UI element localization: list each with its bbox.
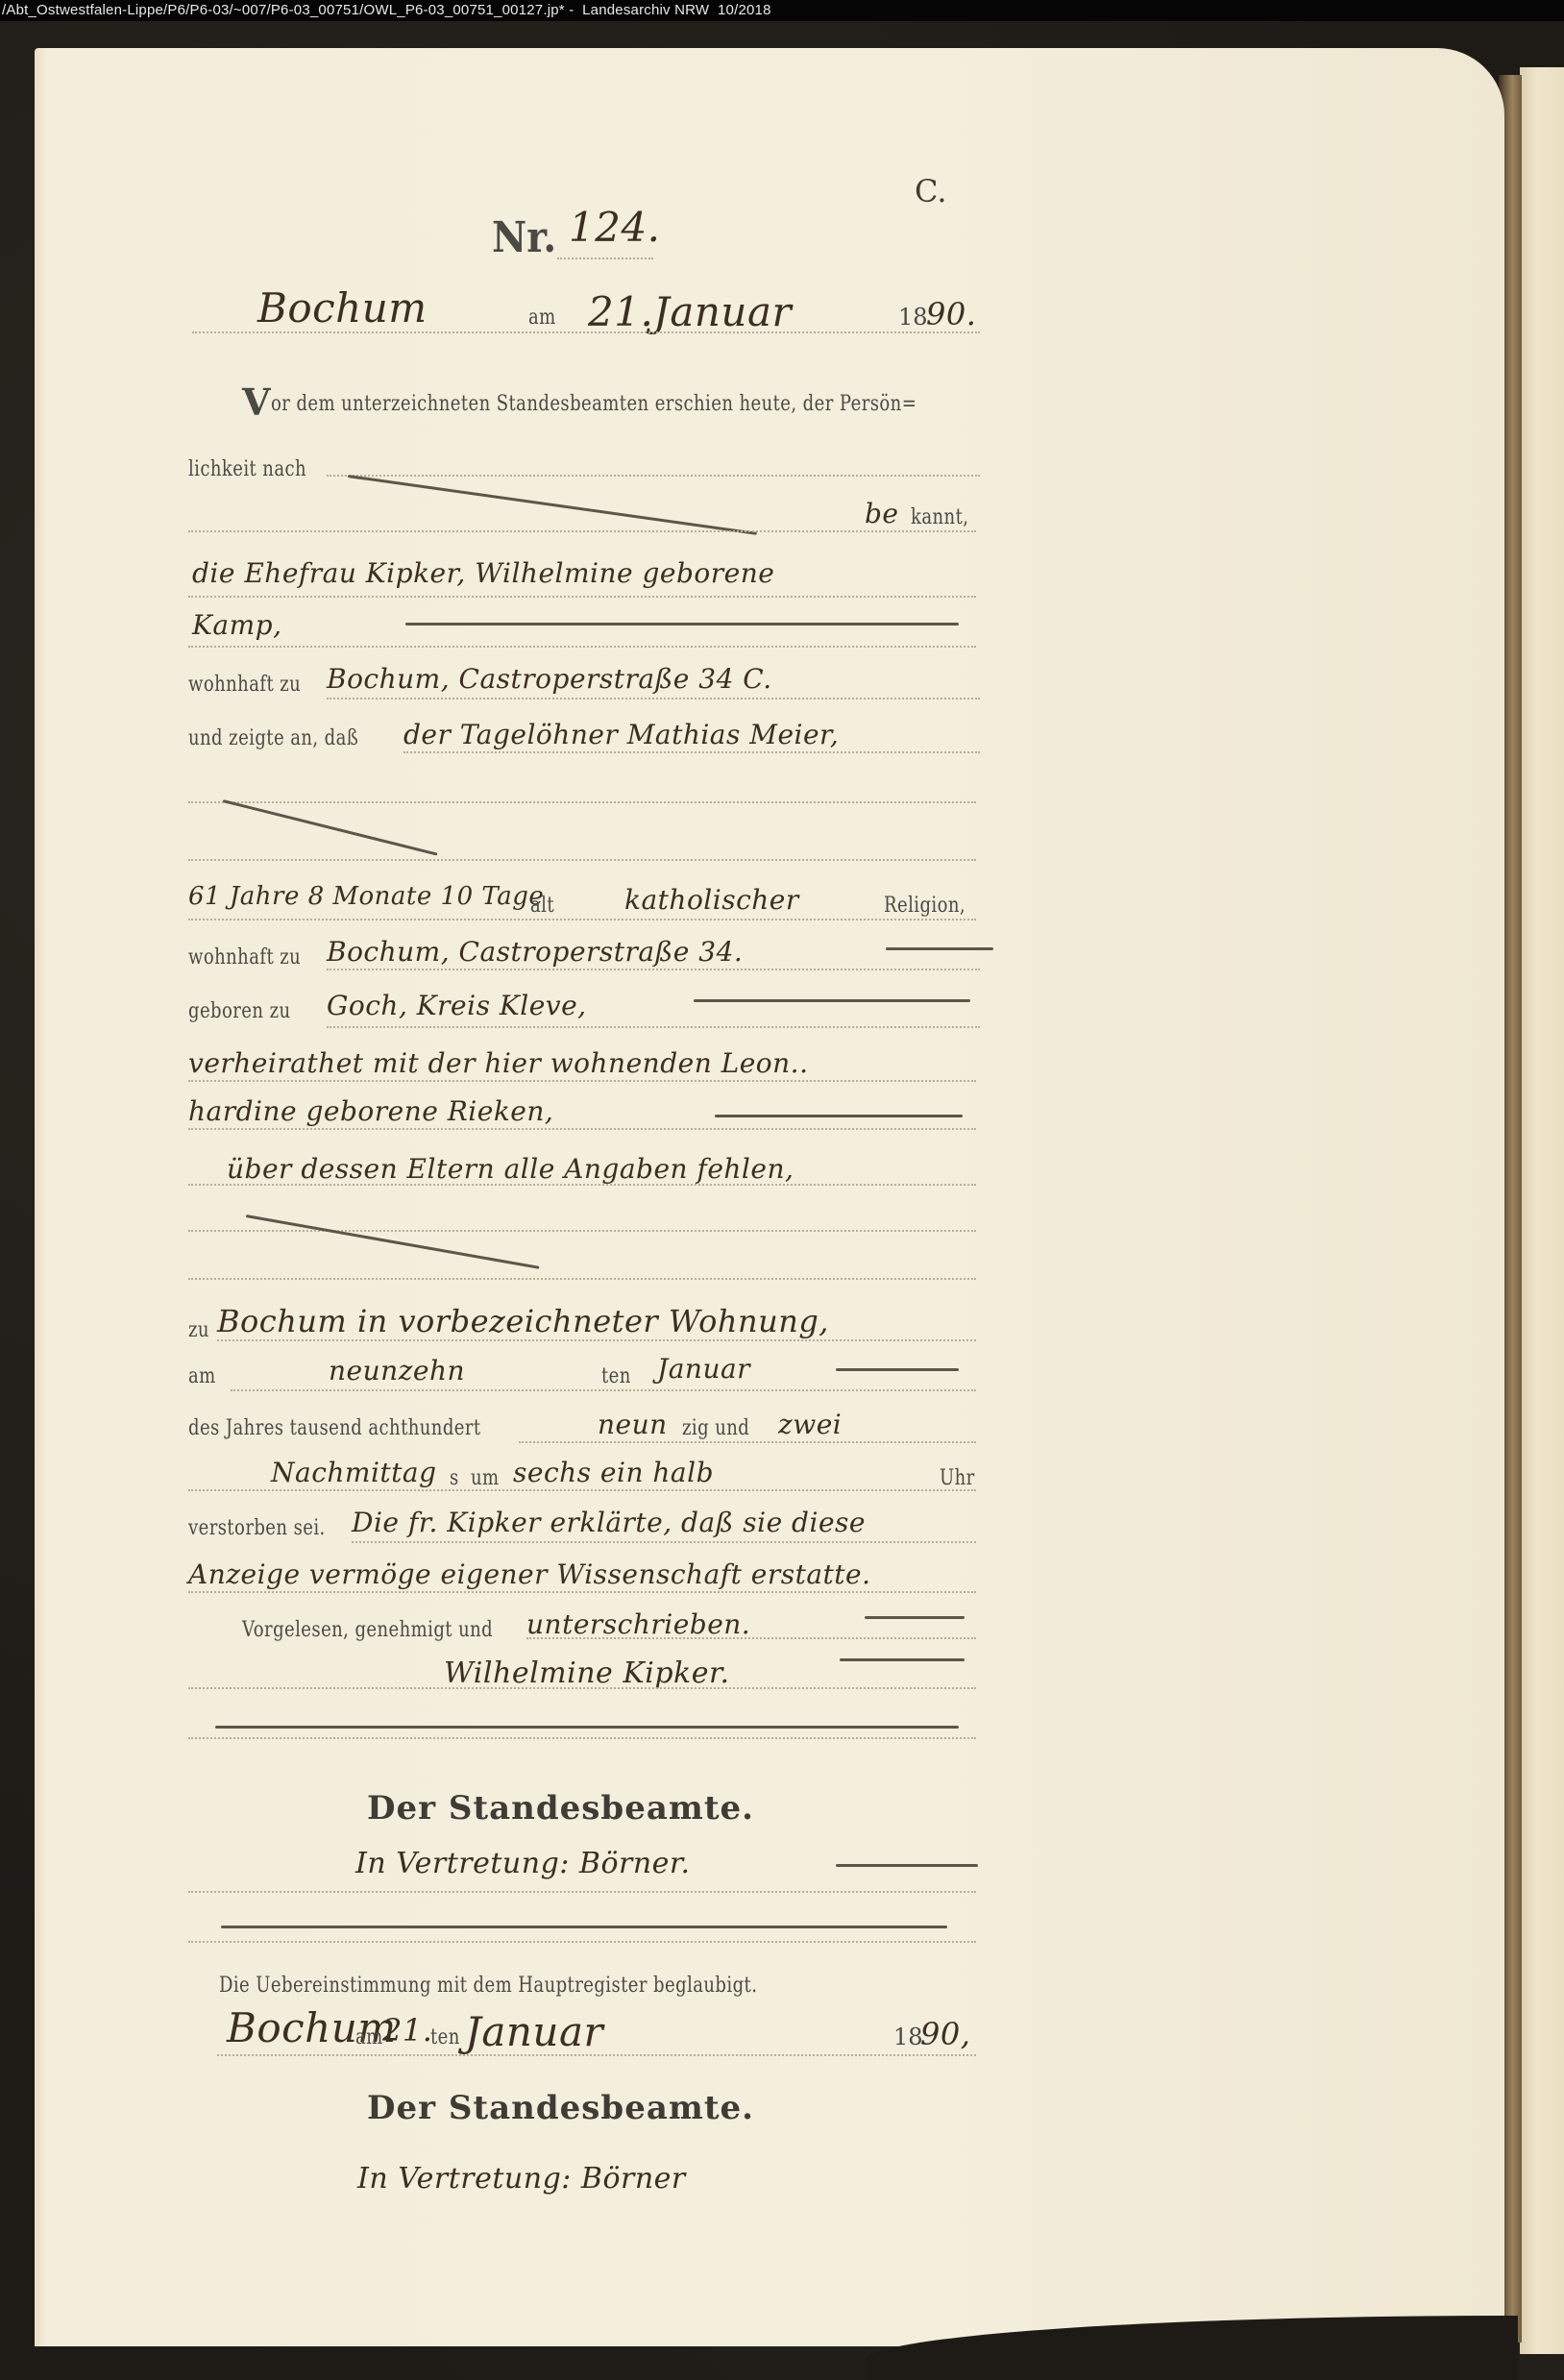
intro-line2-label: lichkeit nach xyxy=(188,457,306,481)
dotted-line xyxy=(519,1441,976,1443)
informant-line2: Kamp, xyxy=(192,609,282,641)
certification-text: Die Uebereinstimmung mit dem Hauptregist… xyxy=(219,1974,757,1998)
age-label: alt xyxy=(530,894,554,918)
deceased-religion: katholischer xyxy=(624,884,799,916)
intro-initial: V xyxy=(242,380,270,424)
fill-line xyxy=(836,1368,959,1371)
certification-ten: ten xyxy=(430,2025,460,2049)
dotted-line xyxy=(231,1389,976,1391)
strike-line xyxy=(246,1215,540,1269)
death-month: Januar xyxy=(657,1353,750,1385)
dotted-line xyxy=(352,1541,976,1543)
certification-year-suffix: 90, xyxy=(920,2016,970,2052)
death-year-label: des Jahres tausend achthundert xyxy=(188,1416,481,1440)
certification-year-prefix: 18 xyxy=(893,2024,923,2050)
deceased-name: der Tagelöhner Mathias Meier, xyxy=(403,719,839,750)
number-value: 124. xyxy=(569,204,661,251)
dotted-line xyxy=(188,1737,976,1739)
certification-am: am xyxy=(355,2025,383,2049)
certification-month: Januar xyxy=(465,2008,603,2055)
deceased-age: 61 Jahre 8 Monate 10 Tage xyxy=(188,882,544,911)
strike-line xyxy=(223,799,438,856)
dotted-line xyxy=(188,859,976,861)
fill-line xyxy=(715,1115,963,1117)
number-label: Nr. xyxy=(492,213,556,262)
verstorben-label: verstorben sei. xyxy=(188,1516,326,1540)
strike-line xyxy=(348,475,757,535)
informant-signature: Wilhelmine Kipker. xyxy=(444,1656,730,1690)
dotted-line xyxy=(188,1230,976,1232)
dotted-line xyxy=(327,969,980,970)
death-year-hw2: zwei xyxy=(778,1409,842,1440)
dotted-line xyxy=(188,801,976,803)
deceased-residence-label: wohnhaft zu xyxy=(188,945,301,969)
approval-value: unterschrieben. xyxy=(526,1608,750,1640)
fill-line xyxy=(840,1658,965,1661)
ten-label: ten xyxy=(601,1364,631,1388)
registration-day: 21. xyxy=(588,288,653,335)
informant-residence-label: wohnhaft zu xyxy=(188,673,301,697)
declaration-line2: Anzeige vermöge eigener Wissenschaft ers… xyxy=(188,1558,871,1590)
religion-label: Religion, xyxy=(884,894,965,918)
year-prefix: 18 xyxy=(898,304,928,331)
registrar-signature-2: In Vertretung: Börner xyxy=(357,2162,686,2196)
death-time-s: s xyxy=(450,1466,459,1490)
declaration-line1: Die fr. Kipker erklärte, daß sie diese xyxy=(352,1507,866,1538)
birth-label: geboren zu xyxy=(188,999,291,1023)
deceased-birthplace: Goch, Kreis Kleve, xyxy=(327,990,587,1021)
death-place-label: zu xyxy=(188,1318,209,1342)
dotted-line xyxy=(188,1891,976,1893)
announcement-label: und zeigte an, daß xyxy=(188,726,358,750)
death-register-form: C. Nr. 124. Bochum am 21. Januar 18 90. … xyxy=(0,0,1564,2380)
fill-line xyxy=(405,623,959,626)
dotted-line xyxy=(526,1637,976,1639)
approval-label: Vorgelesen, genehmigt und xyxy=(242,1618,493,1642)
dotted-line xyxy=(188,1941,976,1943)
death-time-um: um xyxy=(471,1466,500,1490)
dotted-line xyxy=(188,1687,976,1689)
registrar-signature: In Vertretung: Börner. xyxy=(355,1847,691,1880)
dotted-line xyxy=(188,1489,976,1491)
dotted-line xyxy=(188,1278,976,1280)
year-suffix: 90. xyxy=(926,296,976,332)
death-place: Bochum in vorbezeichneter Wohnung, xyxy=(217,1303,829,1339)
registrar-heading: Der Standesbeamte. xyxy=(367,1789,754,1828)
informant-residence: Bochum, Castroperstraße 34 C. xyxy=(327,663,772,695)
dotted-line xyxy=(188,919,976,920)
uhr-label: Uhr xyxy=(940,1466,975,1490)
death-day-label: am xyxy=(188,1364,216,1388)
dotted-line xyxy=(188,596,976,598)
closing-line xyxy=(221,1926,947,1928)
death-day: neunzehn xyxy=(329,1355,465,1386)
dotted-line xyxy=(188,1080,976,1082)
dotted-line xyxy=(188,646,976,648)
fill-line xyxy=(886,947,993,950)
closing-line xyxy=(215,1726,959,1729)
form-letter: C. xyxy=(915,173,947,209)
intro-kannt: kannt, xyxy=(911,505,968,529)
registration-month: Januar xyxy=(653,288,792,335)
dotted-line xyxy=(217,2054,976,2056)
death-year-zig: zig und xyxy=(682,1416,749,1440)
dotted-line xyxy=(188,1128,976,1130)
intro-be: be xyxy=(865,498,899,529)
death-year-hw1: neun xyxy=(598,1409,668,1440)
spouse-line1: verheirathet mit der hier wohnenden Leon… xyxy=(188,1047,808,1079)
fill-line xyxy=(836,1864,978,1867)
death-time-hw1: Nachmittag xyxy=(271,1457,437,1488)
dotted-line xyxy=(188,1591,976,1593)
am-label: am xyxy=(528,306,556,330)
spouse-line2: hardine geborene Rieken, xyxy=(188,1095,553,1127)
death-time-hw2: sechs ein halb xyxy=(513,1457,714,1488)
dotted-line xyxy=(217,1339,976,1341)
fill-line xyxy=(694,999,970,1002)
deceased-residence: Bochum, Castroperstraße 34. xyxy=(327,936,743,968)
dotted-line xyxy=(403,751,980,753)
dotted-line xyxy=(192,331,980,333)
dotted-line xyxy=(188,530,976,532)
certification-day: 21. xyxy=(382,2012,432,2049)
parents-note: über dessen Eltern alle Angaben fehlen, xyxy=(227,1153,794,1185)
registrar-heading-2: Der Standesbeamte. xyxy=(367,2089,754,2127)
dotted-line xyxy=(188,1184,976,1186)
dotted-line xyxy=(327,475,980,477)
fill-line xyxy=(865,1616,965,1619)
informant-line1: die Ehefrau Kipker, Wilhelmine geborene xyxy=(192,557,774,589)
registration-place: Bochum xyxy=(257,284,428,331)
dotted-line xyxy=(327,698,980,699)
dotted-line xyxy=(327,1026,980,1028)
intro-line1: or dem unterzeichneten Standesbeamten er… xyxy=(271,392,916,416)
dotted-line xyxy=(557,258,653,259)
